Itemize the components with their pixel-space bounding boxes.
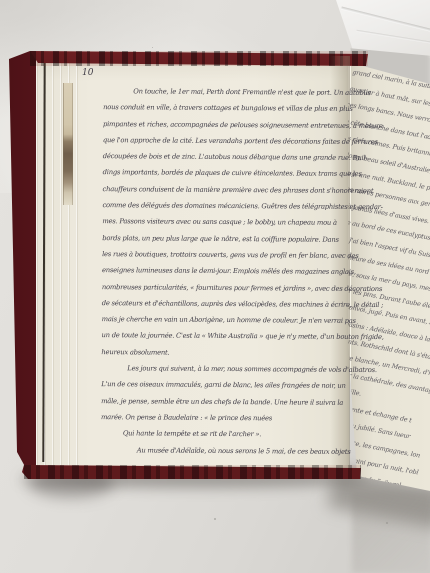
manuscript-line: nombreuses particularités, « fournitures… bbox=[102, 279, 352, 297]
book-cover-top-texture bbox=[30, 51, 368, 66]
manuscript-line: mâle, je pense, semble être un des chefs… bbox=[101, 393, 351, 411]
dust-speck bbox=[214, 518, 216, 520]
manuscript-line: les rues à boutiques, trottoirs couverts… bbox=[102, 246, 352, 264]
manuscript-line: chauffeurs conduisent de la manière prem… bbox=[103, 181, 353, 199]
manuscript-line: mais je cherche en vain un Aborigène, un… bbox=[102, 311, 352, 329]
manuscript-line: comme des délégués des domaines mécanici… bbox=[102, 197, 352, 215]
manuscript-line: Les jours qui suivent, à la mer, nous so… bbox=[101, 360, 351, 378]
manuscript-line: bords plats, un peu plus large que le nô… bbox=[102, 230, 352, 248]
manuscript-line: découpées de bois et de zinc. L'autobus … bbox=[103, 148, 353, 166]
dust-speck bbox=[152, 47, 153, 48]
book-cover-bottom-texture bbox=[24, 465, 361, 479]
manuscript-line: de sécateurs et d'échantillons, auprès d… bbox=[102, 295, 352, 313]
manuscript-line: enseignes lumineuses dans le demi-jour. … bbox=[102, 262, 352, 280]
manuscript-line: nous conduit en ville, à travers cottage… bbox=[103, 99, 353, 117]
tissue-crease bbox=[341, 7, 430, 33]
manuscript-line: pimpantes et riches, accompagnées de pel… bbox=[103, 116, 353, 134]
manuscript-line: que l'on approche de la cité. Les verand… bbox=[103, 132, 353, 150]
manuscript-line: Au musée d'Adélaïde, où nous serons le 5… bbox=[101, 442, 351, 460]
dust-speck bbox=[386, 522, 388, 524]
manuscript-line: L'un de ces oiseaux immaculés, garni de … bbox=[101, 376, 351, 394]
manuscript-line: heureux absolument. bbox=[101, 344, 351, 362]
manuscript-line: mes. Passons visiteurs avec ou sans casq… bbox=[102, 214, 352, 232]
manuscript-text-block: On touche, le 1er mai, Perth dont Freman… bbox=[101, 83, 354, 460]
photograph-of-open-manuscript: grand ciel marin, à la suite du faub qua… bbox=[0, 0, 430, 573]
right-page: grand ciel marin, à la suite du faub qua… bbox=[345, 54, 430, 494]
manuscript-line: un de toute la journée. C'est la « White… bbox=[101, 328, 351, 346]
page-number: 10 bbox=[82, 67, 93, 79]
tissue-crease bbox=[356, 30, 430, 44]
manuscript-line: On touche, le 1er mai, Perth dont Freman… bbox=[103, 83, 353, 101]
manuscript-line: Qui hante la tempête et se rit de l'arch… bbox=[101, 425, 351, 443]
manuscript-line: marée. On pense à Baudelaire : « le prin… bbox=[101, 409, 351, 427]
manuscript-line: dings importants, bordés de plaques de c… bbox=[103, 165, 353, 183]
inserted-photo-sliver bbox=[63, 83, 73, 205]
bottom-right-shade bbox=[352, 492, 430, 573]
